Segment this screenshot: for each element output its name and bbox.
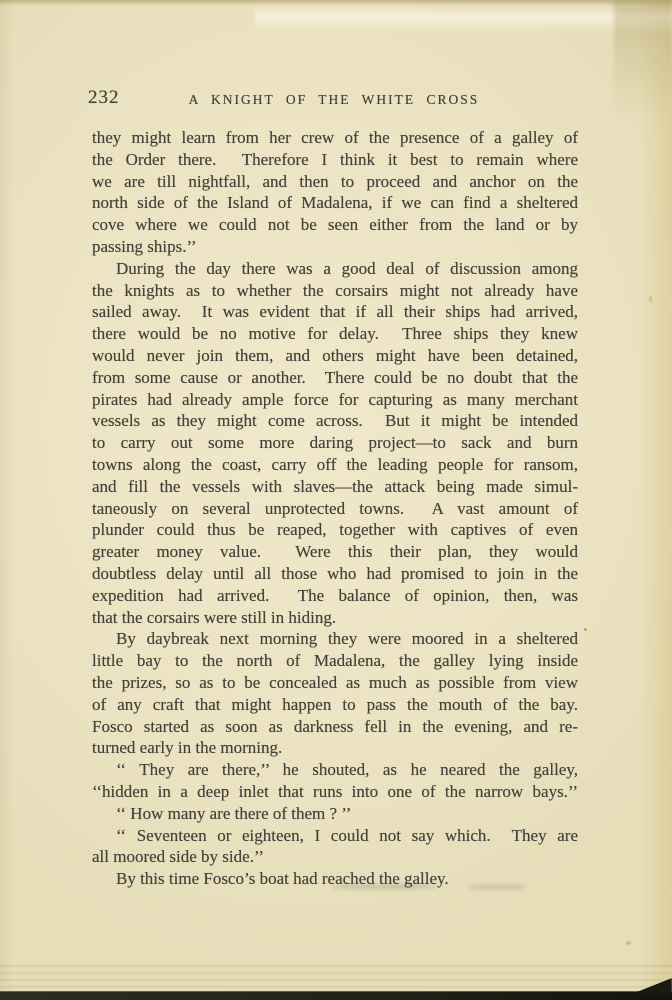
scan-speck [626, 941, 631, 945]
text-line: pirates had already ample force for capt… [92, 389, 578, 411]
text-line: they might learn from her crew of the pr… [92, 127, 578, 149]
book-board-edge [0, 991, 672, 1000]
text-line: By daybreak next morning they were moore… [92, 628, 578, 650]
running-title: A KNIGHT OF THE WHITE CROSS [88, 93, 580, 107]
ink-smudge [468, 885, 526, 889]
page-body-text: they might learn from her crew of the pr… [92, 127, 578, 890]
text-line: Fosco started as soon as darkness fell i… [92, 716, 578, 738]
ink-smudge [332, 884, 436, 889]
page-header: 232 A KNIGHT OF THE WHITE CROSS [88, 88, 580, 110]
scan-speck [584, 628, 587, 631]
text-line: doubtless delay until all those who had … [92, 563, 578, 585]
text-line: to carry out some more daring project—to… [92, 432, 578, 454]
text-line: all moored side by side.’’ [92, 846, 578, 868]
text-line: turned early in the morning. [92, 737, 578, 759]
text-line: the knights as to whether the corsairs m… [92, 280, 578, 302]
text-line: from some cause or another. There could … [92, 367, 578, 389]
page-top-edge-highlight [255, 5, 672, 33]
text-line: sailed away. It was evident that if all … [92, 301, 578, 323]
text-line: vessels as they might come across. But i… [92, 410, 578, 432]
text-line: expedition had arrived. The balance of o… [92, 585, 578, 607]
text-line: cove where we could not be seen either f… [92, 214, 578, 236]
page-top-right-shade [614, 0, 672, 118]
scan-speck [649, 296, 652, 302]
text-line: ‘‘hidden in a deep inlet that runs into … [92, 781, 578, 803]
text-line: little bay to the north of Madalena, the… [92, 650, 578, 672]
text-line: taneously on several unprotected towns. … [92, 498, 578, 520]
text-line: greater money value. Were this their pla… [92, 541, 578, 563]
text-line: north side of the Island of Madalena, if… [92, 192, 578, 214]
text-line: that the corsairs were still in hiding. [92, 607, 578, 629]
text-line: plunder could thus be reaped, together w… [92, 519, 578, 541]
text-line: ‘‘ How many are there of them ? ’’ [92, 803, 578, 825]
text-line: passing ships.’’ [92, 236, 578, 258]
text-line: would never join them, and others might … [92, 345, 578, 367]
text-line: ‘‘ Seventeen or eighteen, I could not sa… [92, 825, 578, 847]
text-line: the prizes, so as to be concealed as muc… [92, 672, 578, 694]
text-line: of any craft that might happen to pass t… [92, 694, 578, 716]
text-line: During the day there was a good deal of … [92, 258, 578, 280]
text-line: and fill the vessels with slaves—the att… [92, 476, 578, 498]
text-line: we are till nightfall, and then to proce… [92, 171, 578, 193]
book-page-scan: 232 A KNIGHT OF THE WHITE CROSS they mig… [0, 0, 672, 1000]
text-line: ‘‘ They are there,’’ he shouted, as he n… [92, 759, 578, 781]
text-line: there would be no motive for delay. Thre… [92, 323, 578, 345]
text-line: towns along the coast, carry off the lea… [92, 454, 578, 476]
page-bottom-edges [0, 965, 672, 993]
text-line: the Order there. Therefore I think it be… [92, 149, 578, 171]
